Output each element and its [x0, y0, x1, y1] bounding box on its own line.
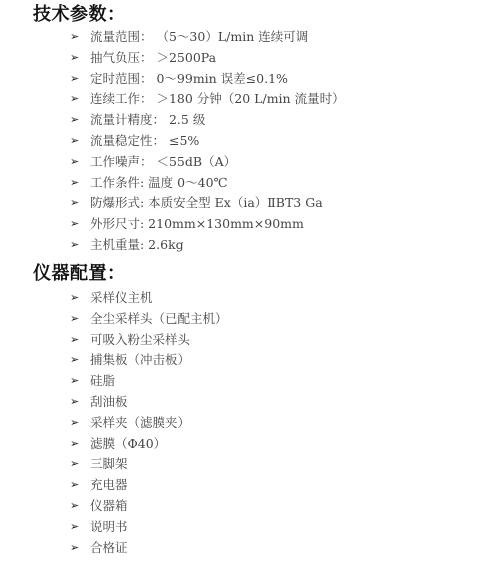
- arrow-bullet-icon: ➢: [70, 434, 79, 455]
- config-title: 仪器配置：: [33, 263, 126, 285]
- arrow-bullet-icon: ➢: [70, 413, 79, 434]
- arrow-bullet-icon: ➢: [70, 538, 79, 559]
- arrow-bullet-icon: ➢: [70, 214, 79, 235]
- arrow-bullet-icon: ➢: [70, 235, 79, 256]
- arrow-bullet-icon: ➢: [70, 288, 79, 309]
- arrow-bullet-icon: ➢: [70, 517, 79, 538]
- arrow-bullet-icon: ➢: [70, 309, 79, 330]
- arrow-bullet-icon: ➢: [70, 69, 79, 90]
- arrow-bullet-icon: ➢: [70, 48, 79, 69]
- arrow-bullet-icon: ➢: [70, 454, 79, 475]
- arrow-bullet-icon: ➢: [70, 371, 79, 392]
- arrow-bullet-icon: ➢: [70, 392, 79, 413]
- arrow-bullet-icon: ➢: [70, 173, 79, 194]
- arrow-bullet-icon: ➢: [70, 496, 79, 517]
- tech-params-title: 技术参数：: [33, 4, 126, 26]
- arrow-bullet-icon: ➢: [70, 350, 79, 371]
- arrow-bullet-icon: ➢: [70, 330, 79, 351]
- arrow-bullet-icon: ➢: [70, 89, 79, 110]
- arrow-bullet-icon: ➢: [70, 27, 79, 48]
- arrow-bullet-icon: ➢: [70, 131, 79, 152]
- arrow-bullet-icon: ➢: [70, 152, 79, 173]
- arrow-bullet-icon: ➢: [70, 193, 79, 214]
- arrow-bullet-icon: ➢: [70, 110, 79, 131]
- arrow-bullet-icon: ➢: [70, 475, 79, 496]
